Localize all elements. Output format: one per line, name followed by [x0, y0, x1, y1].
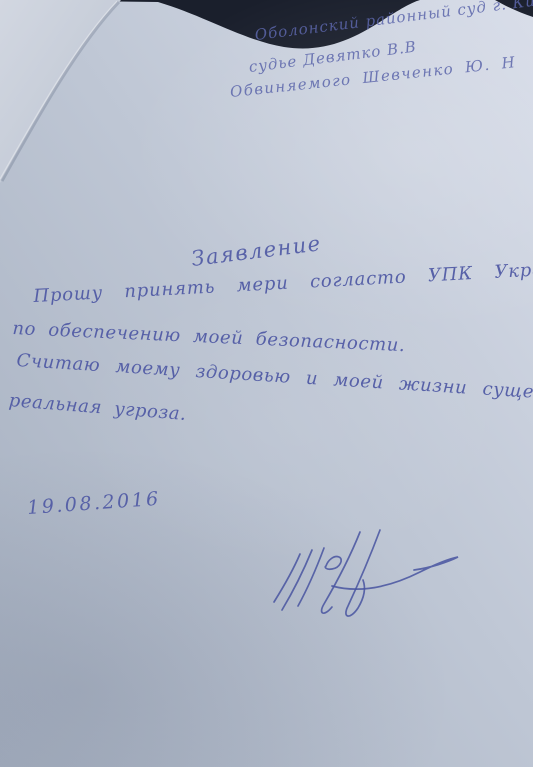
photo-of-handwritten-statement: Оболонский районный суд г. Киева судье Д… [0, 0, 533, 767]
signature-scribble [262, 524, 467, 622]
